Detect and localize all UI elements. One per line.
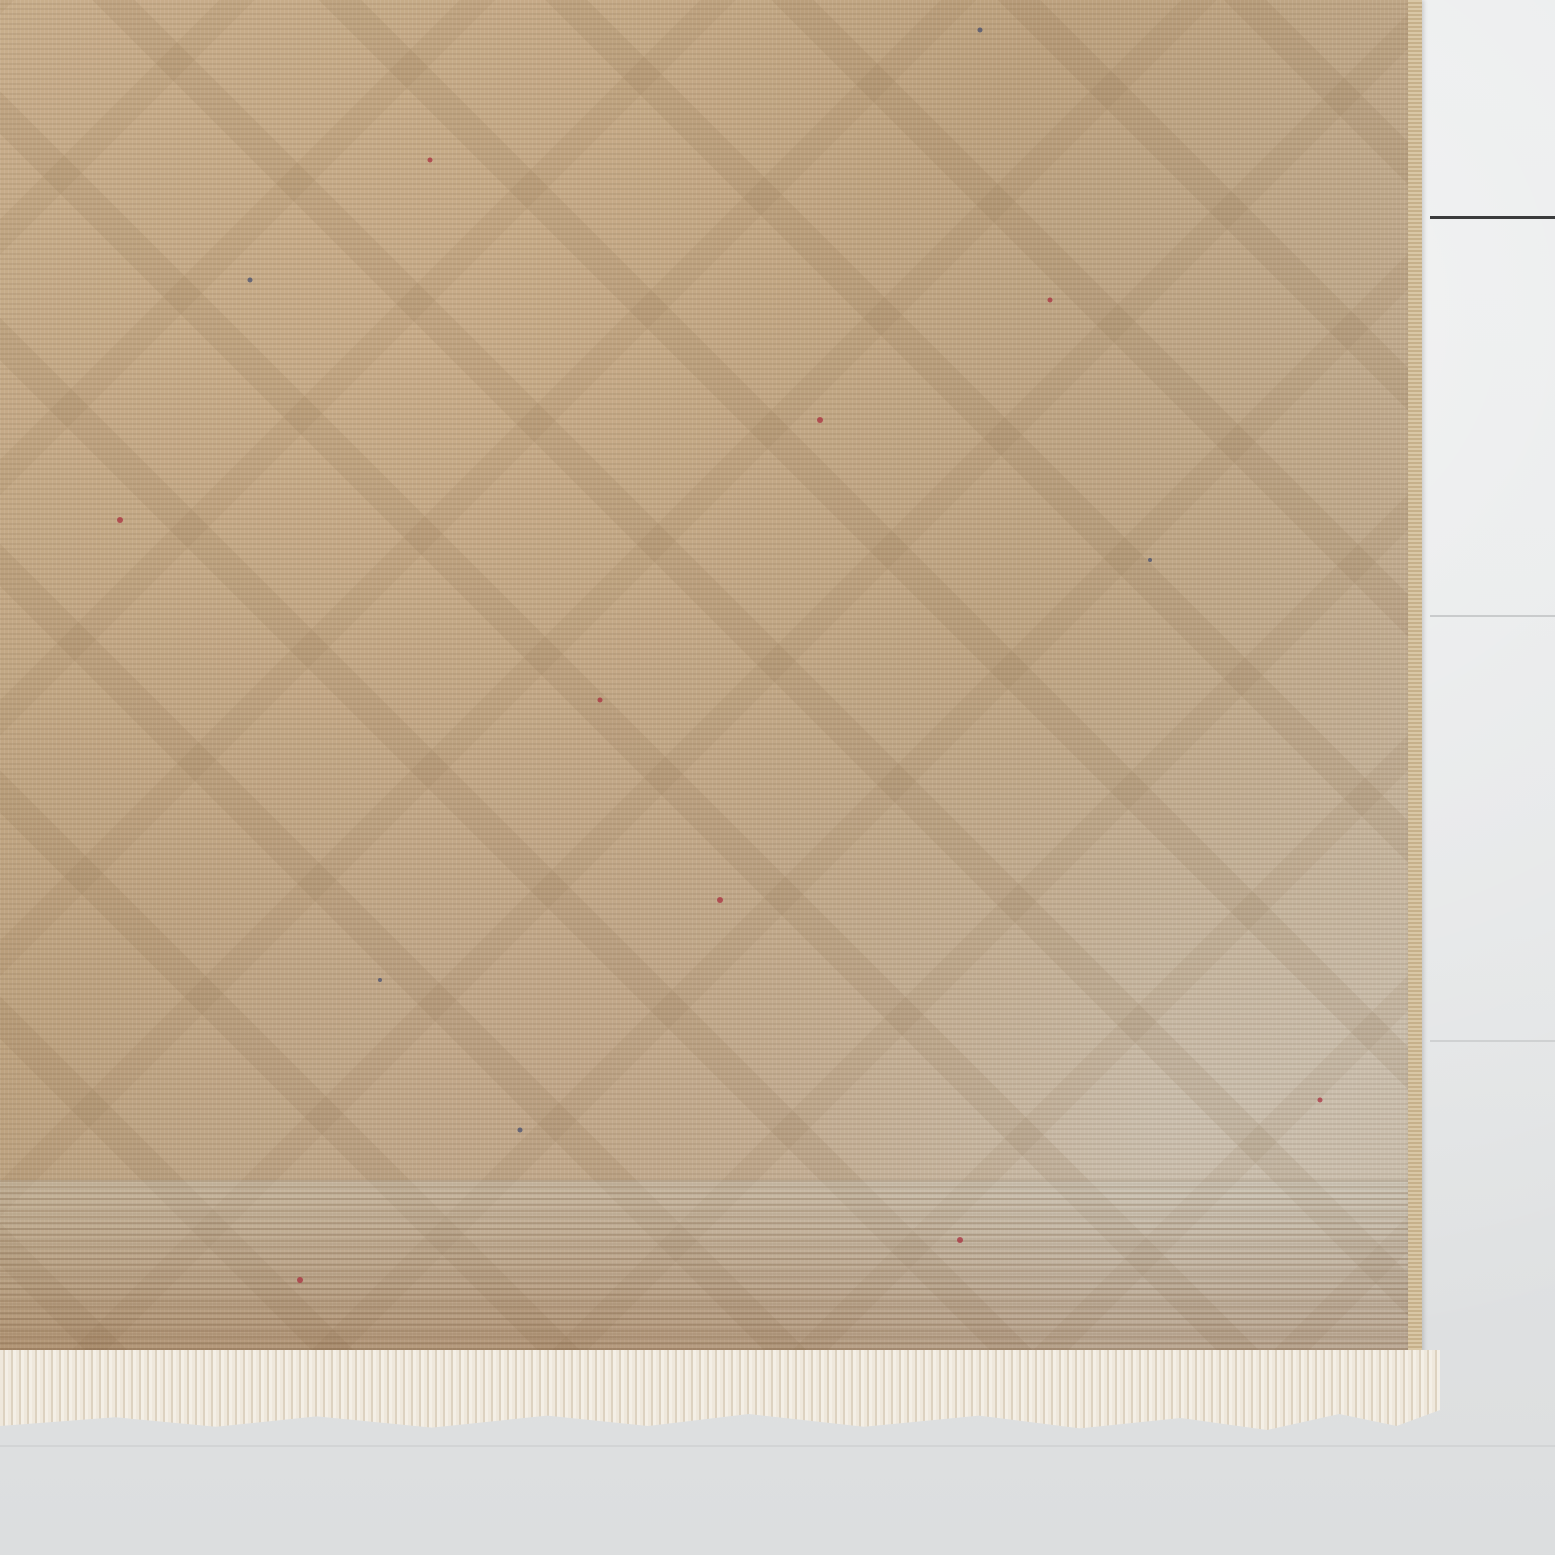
tile-grout-line xyxy=(1430,216,1555,219)
rug-side-binding xyxy=(1408,0,1422,1355)
rug-border-band xyxy=(0,1180,1408,1350)
tile-grout-line xyxy=(0,1445,1555,1447)
tile-grout-line xyxy=(1430,615,1555,617)
tile-grout-line xyxy=(1430,1040,1555,1042)
rug-diamond-pattern xyxy=(0,0,1408,1350)
